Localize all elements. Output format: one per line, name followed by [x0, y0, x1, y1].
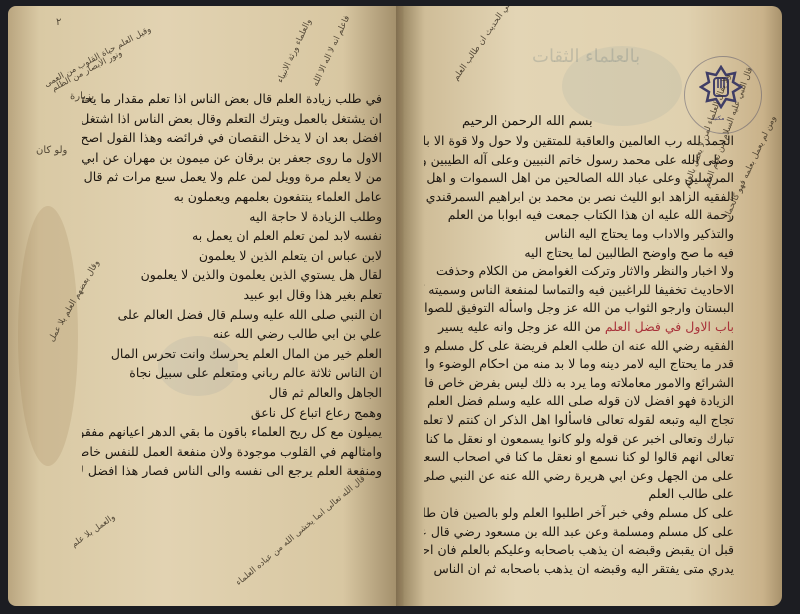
text-line: الجاهل والعالم ثم قال: [82, 384, 382, 402]
faint-header: بالعلماء الثقات: [532, 46, 640, 67]
text-line: على كل مسلم ومسلمة وعن عبد الله بن مسعود…: [424, 523, 734, 541]
text-line: تعلم بغير هذا وقال ابو عبيد: [82, 286, 382, 304]
text-line: لقال هل يستوي الذين يعلمون والذين لا يعل…: [82, 266, 382, 284]
text-line: على كل مسلم وفي خبر آخر اطلبوا العلم ولو…: [424, 504, 734, 522]
text-line: الزيادة فهو افضل لان قوله صلى الله عليه …: [424, 392, 734, 410]
book-gutter: [396, 6, 410, 606]
text-line: الفقيه رضي الله عنه ان طلب العلم فريضة ع…: [424, 337, 734, 355]
text-line: الشرائع والامور معاملاته وما يرد به ذلك …: [424, 374, 734, 392]
text-line: وصلى الله على محمد رسول خاتم النبيين وعل…: [424, 151, 734, 169]
text-fragment: من الله عز وجل وانه عليه يسير: [438, 319, 601, 334]
text-line: افضل بعد ان لا يدخل النقصان في فرائضه وه…: [82, 129, 382, 147]
text-line: على من الجهل وعن ابي هريرة رضي الله عنه …: [424, 467, 734, 485]
margin-note: ذكر في الحديث ان طالب العلم: [451, 6, 522, 83]
text-line: وطلب الزيادة لا حاجة اليه: [82, 208, 382, 226]
text-line: نفسه لابد لمن تعلم العلم ان يعمل به: [82, 227, 382, 245]
right-page: بالعلماء الثقات مكتبة بسم الله الرحمن ال…: [402, 6, 782, 606]
text-line: ان يشتغل بالعمل ويترك التعلم وقال بعض ال…: [82, 110, 382, 128]
text-line: باب الاول في فضل العلم من الله عز وجل وا…: [424, 318, 734, 336]
margin-label: ولو كان: [36, 146, 67, 156]
margin-note: والعلماء ورثة الانبياء: [275, 17, 313, 84]
text-line: من لا يعلم مرة وويل لمن علم ولا يعمل سبع…: [82, 168, 382, 186]
text-line: والتذكير والاداب وما يحتاج اليه الناس: [424, 225, 734, 243]
text-line: قبل ان يقبض وقبضه ان يذهب باصحابه وعليكم…: [424, 541, 734, 559]
text-line: على طالب العلم: [424, 485, 734, 503]
text-line: علي بن ابي طالب رضي الله عنه: [82, 325, 382, 343]
text-line: تعالى انهم قالوا لو كنا نسمع او نعقل ما …: [424, 448, 734, 466]
basmala: بسم الله الرحمن الرحيم: [462, 114, 593, 129]
text-line: تجاج اليه وتبعه لقوله تعالى فاسألوا اهل …: [424, 411, 734, 429]
text-line: المرسلين وعلى عباد الله الصالحين من اهل …: [424, 169, 734, 187]
corner-number: ٢: [56, 18, 61, 28]
text-line: ان الناس ثلاثة عالم رباني ومتعلم على سبي…: [82, 364, 382, 382]
text-line: رحمة الله عليه ان هذا الكتاب جمعت فيه اب…: [424, 206, 734, 224]
margin-note: والعمل بلا علم: [70, 512, 117, 549]
text-line: فيه ما صح واوضح الطالبين لما يحتاج اليه: [424, 244, 734, 262]
text-line: وهمج رعاع اتباع كل ناعق: [82, 404, 382, 422]
text-line: الاول ما روى جعفر بن برقان عن ميمون بن م…: [82, 149, 382, 167]
text-line: ومنفعة العلم يرجع الى نفسه والى الناس فص…: [82, 462, 382, 480]
text-line: العلم خير من المال العلم يحرسك وانت تحرس…: [82, 345, 382, 363]
text-line: الفقيه الزاهد ابو الليث نصر بن محمد بن ا…: [424, 188, 734, 206]
text-line: وامثالهم في القلوب موجودة ولان منفعة الع…: [82, 443, 382, 461]
text-line: البستان وارجو الثواب من الله عز وجل واسأ…: [424, 299, 734, 317]
text-line: ان النبي صلى الله عليه وسلم قال فضل العا…: [82, 306, 382, 324]
text-line: عامل العلماء ينتفعون بعلمهم ويعملون به: [82, 188, 382, 206]
text-line: ولا اخبار والنظر والاثار وتركت الغوامض م…: [424, 262, 734, 280]
text-line: تبارك وتعالى اخبر عن قوله ولو كانوا يسمع…: [424, 430, 734, 448]
text-line: يدري متى يفتقر اليه وقبضه ان يذهب باصحاب…: [424, 560, 734, 578]
text-line: يميلون مع كل ريح العلماء باقون ما بقي ال…: [82, 423, 382, 441]
text-line: قدر ما يحتاج اليه لامر دينه وما لا بد من…: [424, 355, 734, 373]
margin-note: قال الله تعالى انما يخشى الله من عباده ا…: [234, 474, 367, 588]
text-line: في طلب زيادة العلم قال بعض الناس اذا تعل…: [82, 90, 382, 108]
text-line: الحمد لله رب العالمين والعاقبة للمتقين و…: [424, 132, 734, 150]
text-line: الاحاديث تخفيفا للراغبين فيه والتماسا لم…: [424, 281, 734, 299]
text-line: لابن عباس ان يتعلم الذين لا يعلمون: [82, 247, 382, 265]
manuscript-book: ٢ بزيارة ولو كان وقيل العلم حياة القلوب …: [0, 0, 800, 614]
margin-note: فاعلم انه لا اله الا الله: [311, 14, 353, 88]
rubric-heading: باب الاول في فضل العلم: [601, 319, 734, 334]
left-page: ٢ بزيارة ولو كان وقيل العلم حياة القلوب …: [8, 6, 402, 606]
